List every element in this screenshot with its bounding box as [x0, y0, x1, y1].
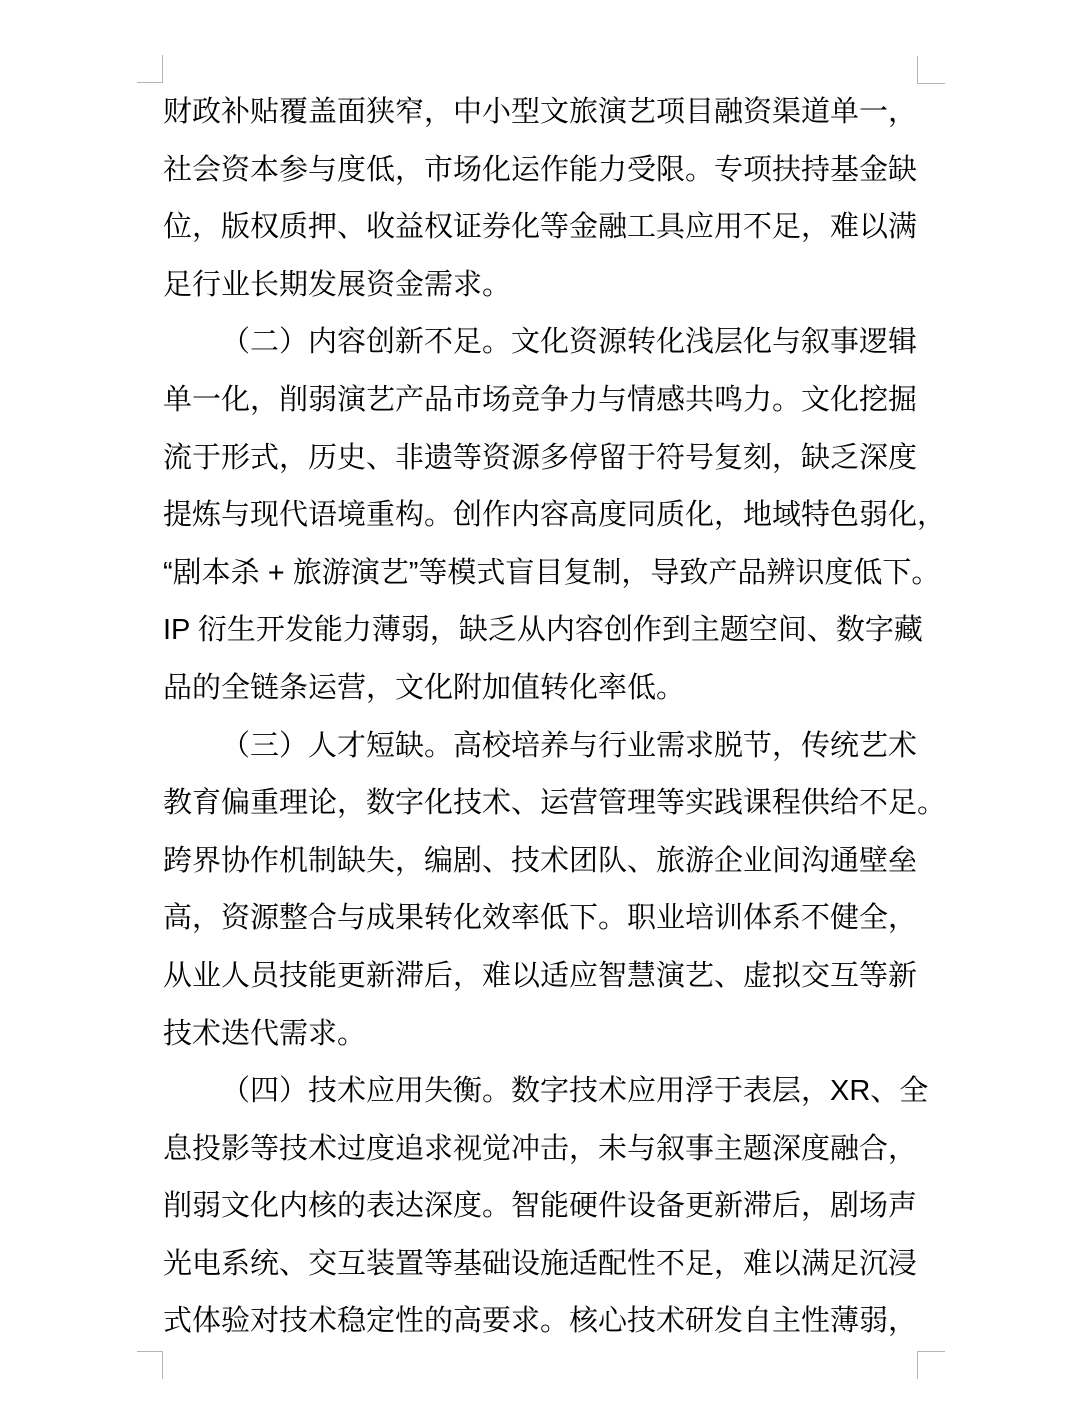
text-line: （二）内容创新不足。文化资源转化浅层化与叙事逻辑	[163, 314, 917, 372]
document-text: 财政补贴覆盖面狭窄，中小型文旅演艺项目融资渠道单一， 社会资本参与度低，市场化运…	[163, 84, 917, 1351]
text-line: 削弱文化内核的表达深度。智能硬件设备更新滞后，剧场声	[163, 1178, 917, 1236]
text-line: 技术迭代需求。	[163, 1006, 917, 1064]
text-line: 足行业长期发展资金需求。	[163, 257, 917, 315]
crop-mark-bottom-left-icon	[137, 1351, 163, 1379]
text-line: 跨界协作机制缺失，编剧、技术团队、旅游企业间沟通壁垒	[163, 833, 917, 891]
text-line: 从业人员技能更新滞后，难以适应智慧演艺、虚拟交互等新	[163, 948, 917, 1006]
text-line: 流于形式，历史、非遗等资源多停留于符号复刻，缺乏深度	[163, 430, 917, 488]
crop-mark-bottom-right-icon	[917, 1351, 945, 1379]
crop-mark-top-right-icon	[917, 56, 945, 84]
text-line: （三）人才短缺。高校培养与行业需求脱节，传统艺术	[163, 718, 917, 776]
text-line: 品的全链条运营，文化附加值转化率低。	[163, 660, 917, 718]
text-line: IP 衍生开发能力薄弱，缺乏从内容创作到主题空间、数字藏	[163, 602, 917, 660]
text-line: 财政补贴覆盖面狭窄，中小型文旅演艺项目融资渠道单一，	[163, 84, 917, 142]
text-line: 光电系统、交互装置等基础设施适配性不足，难以满足沉浸	[163, 1236, 917, 1294]
text-line: 式体验对技术稳定性的高要求。核心技术研发自主性薄弱，	[163, 1293, 917, 1351]
text-line: 高，资源整合与成果转化效率低下。职业培训体系不健全，	[163, 890, 917, 948]
text-line: 位，版权质押、收益权证券化等金融工具应用不足，难以满	[163, 199, 917, 257]
crop-mark-top-left-icon	[137, 55, 163, 83]
document-page: 财政补贴覆盖面狭窄，中小型文旅演艺项目融资渠道单一， 社会资本参与度低，市场化运…	[0, 0, 1080, 1414]
text-line: 单一化，削弱演艺产品市场竞争力与情感共鸣力。文化挖掘	[163, 372, 917, 430]
text-line: 社会资本参与度低，市场化运作能力受限。专项扶持基金缺	[163, 142, 917, 200]
text-line: （四）技术应用失衡。数字技术应用浮于表层，XR、全	[163, 1063, 917, 1121]
text-line: 教育偏重理论，数字化技术、运营管理等实践课程供给不足。	[163, 775, 917, 833]
text-line: “剧本杀 + 旅游演艺”等模式盲目复制，导致产品辨识度低下。	[163, 545, 917, 603]
text-line: 息投影等技术过度追求视觉冲击，未与叙事主题深度融合，	[163, 1121, 917, 1179]
text-line: 提炼与现代语境重构。创作内容高度同质化，地域特色弱化，	[163, 487, 917, 545]
